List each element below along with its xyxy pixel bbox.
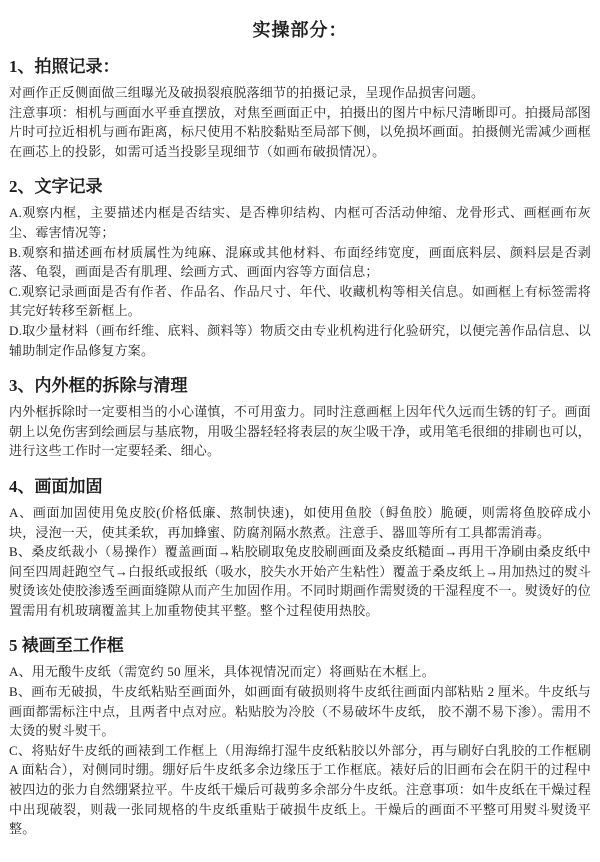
paragraph: B.观察和描述画布材质属性为纯麻、混麻或其他材料、布面经纬宽度，画面底料层、颜料… [9,243,591,282]
section-heading-consolidation: 4、画面加固 [9,476,591,498]
paragraph: B、画布无破损，牛皮纸粘贴至画面外，如画面有破损则将牛皮纸往画面内部粘贴 2 厘… [9,682,591,741]
paragraph: B、桑皮纸裁小（易操作）覆盖画面→粘胶刷取兔皮胶刷画面及桑皮纸糙面→再用干净刷由… [9,542,591,620]
section-heading-text-record: 2、文字记录 [9,176,591,198]
document-page: 实操部分： 1、拍照记录： 对画作正反侧面做三组曝光及破损裂痕脱落细节的拍摄记录… [0,0,600,862]
paragraph: 内外框拆除时一定要相当的小心谨慎，不可用蛮力。同时注意画框上因年代久远而生锈的钉… [9,402,591,461]
section-frame-removal-cleaning: 3、内外框的拆除与清理 内外框拆除时一定要相当的小心谨慎，不可用蛮力。同时注意画… [9,375,591,461]
paragraph: A、画面加固使用兔皮胶(价格低廉、熬制快速)，如使用鱼胶（鲟鱼胶）脆硬，则需将鱼… [9,503,591,542]
paragraph: 对画作正反侧面做三组曝光及破损裂痕脱落细节的拍摄记录，呈现作品损害问题。 [9,83,591,103]
paragraph: C.观察记录画面是否有作者、作品名、作品尺寸、年代、收藏机构等相关信息。如画框上… [9,282,591,321]
paragraph: A.观察内框，主要描述内框是否结实、是否榫卯结构、内框可否活动伸缩、龙骨形式、画… [9,203,591,242]
section-heading-photo-record: 1、拍照记录： [9,56,591,78]
paragraph: C、将贴好牛皮纸的画裱到工作框上（用海绵打湿牛皮纸粘胶以外部分，再与刷好白乳胶的… [9,741,591,839]
paragraph: 注意事项：相机与画面水平垂直摆放，对焦至画面正中，拍摄出的图片中标尺清晰即可。拍… [9,103,591,162]
section-heading-mounting: 5 裱画至工作框 [9,635,591,657]
paragraph: D.取少量材料（画布纤维、底料、颜料等）物质交由专业机构进行化验研究，以便完善作… [9,321,591,360]
section-heading-frame-removal: 3、内外框的拆除与清理 [9,375,591,397]
section-surface-consolidation: 4、画面加固 A、画面加固使用兔皮胶(价格低廉、熬制快速)，如使用鱼胶（鲟鱼胶）… [9,476,591,621]
section-text-record: 2、文字记录 A.观察内框，主要描述内框是否结实、是否榫卯结构、内框可否活动伸缩… [9,176,591,360]
section-mount-to-work-frame: 5 裱画至工作框 A、用无酸牛皮纸（需宽约 50 厘米，具体视情况而定）将画贴在… [9,635,591,838]
document-title: 实操部分： [9,18,591,42]
section-photo-record: 1、拍照记录： 对画作正反侧面做三组曝光及破损裂痕脱落细节的拍摄记录，呈现作品损… [9,56,591,161]
paragraph: A、用无酸牛皮纸（需宽约 50 厘米，具体视情况而定）将画贴在木框上。 [9,662,591,682]
